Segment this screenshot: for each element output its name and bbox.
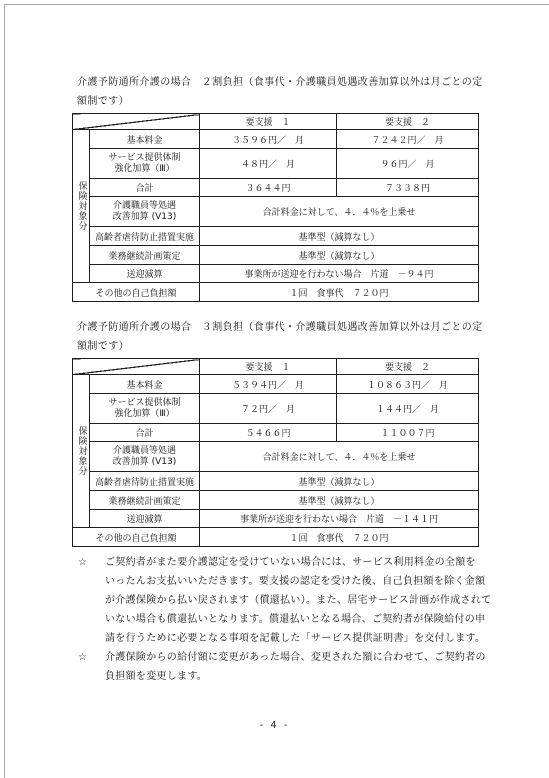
- row-label: 基本料金: [90, 130, 200, 149]
- table-row: 介護職員等処遇 改善加算 (V13) 合計料金に対して、４．４％を上乗せ: [73, 197, 479, 227]
- row-label-line2: 改善加算 (V13): [90, 212, 199, 223]
- table-row: 合計 ５４６６円 １１００７円: [73, 424, 479, 442]
- row-label: 合計: [90, 179, 200, 197]
- row-label: 送迎減算: [90, 265, 200, 283]
- page-number: - 4 -: [0, 720, 549, 731]
- fee-table-3wari: 要支援 １ 要支援 ２ 保険対象分 基本料金 ５３９４円／ 月 １０８６３円／ …: [72, 358, 479, 547]
- cell-value-span: 合計料金に対して、４．４％を上乗せ: [200, 197, 479, 227]
- table-row: 送迎減算 事業所が送迎を行わない場合 片道 －１４１円: [73, 510, 479, 528]
- cell-value: ４８円／ 月: [200, 149, 337, 179]
- side-label: 保険対象分: [74, 181, 89, 231]
- note-1-text: ご契約者がまた要介護認定を受けていない場合には、サービス利用料金の全額を いった…: [105, 553, 491, 648]
- table-row: 介護職員等処遇 改善加算 (V13) 合計料金に対して、４．４％を上乗せ: [73, 442, 479, 472]
- cell-value: ３５９６円／ 月: [200, 130, 337, 149]
- table2-title-line2: 額制です）: [77, 337, 483, 356]
- row-label-line2: 強化加算（Ⅲ）: [90, 409, 199, 420]
- cell-value: ９６円／ 月: [337, 149, 479, 179]
- table2-title-line1: 介護予防通所介護の場合 ３割負担（食事代・介護職員処遇改善加算以外は月ごとの定: [77, 318, 483, 337]
- note-line: が介護保険から払い戻されます（償還払い）。また、居宅サービス計画が作成されて: [105, 591, 491, 610]
- side-label: 保険対象分: [74, 426, 89, 476]
- table-row: 送迎減算 事業所が送迎を行わない場合 片道 －９４円: [73, 265, 479, 283]
- table-row: 合計 ３６４４円 ７３３８円: [73, 179, 479, 197]
- notes-section: ☆ ご契約者がまた要介護認定を受けていない場合には、サービス利用料金の全額を い…: [78, 553, 498, 686]
- row-label-line1: 介護職員等処遇: [90, 446, 199, 457]
- note-line: 請を行うために必要となる事項を記載した「サービス提供証明書」を交付します。: [105, 629, 491, 648]
- star-icon: ☆: [78, 553, 105, 648]
- side-label-cell: 保険対象分: [73, 130, 90, 283]
- cell-value: １４４円／ 月: [337, 394, 479, 424]
- table-row: その他の自己負担額 １回 食事代 ７２０円: [73, 528, 479, 547]
- table-row: 保険対象分 基本料金 ３５９６円／ 月 ７２４２円／ 月: [73, 130, 479, 149]
- table1-title-line1: 介護予防通所介護の場合 ２割負担（食事代・介護職員処遇改善加算以外は月ごとの定: [77, 73, 483, 92]
- cell-value-span: 事業所が送迎を行わない場合 片道 －１４１円: [200, 510, 479, 528]
- cell-value: １１００７円: [337, 424, 479, 442]
- document-page: 介護予防通所介護の場合 ２割負担（食事代・介護職員処遇改善加算以外は月ごとの定 …: [0, 0, 549, 778]
- cell-value: ７２円／ 月: [200, 394, 337, 424]
- row-label: 介護職員等処遇 改善加算 (V13): [90, 197, 200, 227]
- table1-title-line2: 額制です）: [77, 92, 483, 111]
- cell-value-span: １回 食事代 ７２０円: [200, 283, 479, 302]
- row-label: 業務継続計画策定: [90, 491, 200, 510]
- row-label-line2: 改善加算 (V13): [90, 457, 199, 468]
- row-label: サービス提供体制 強化加算（Ⅲ）: [90, 149, 200, 179]
- table-row: サービス提供体制 強化加算（Ⅲ） ４８円／ 月 ９６円／ 月: [73, 149, 479, 179]
- cell-value-span: 基準型（減算なし）: [200, 227, 479, 246]
- table-row: 要支援 １ 要支援 ２: [73, 114, 479, 130]
- table-row: サービス提供体制 強化加算（Ⅲ） ７２円／ 月 １４４円／ 月: [73, 394, 479, 424]
- table-row: 要支援 １ 要支援 ２: [73, 359, 479, 375]
- row-label: その他の自己負担額: [73, 528, 200, 547]
- diagonal-corner-cell: [73, 359, 200, 375]
- col-header-yoshien2: 要支援 ２: [337, 114, 479, 130]
- note-line: いったんお支払いいただきます。要支援の認定を受けた後、自己負担額を除く金額: [105, 572, 491, 591]
- cell-value: ３６４４円: [200, 179, 337, 197]
- row-label: 業務継続計画策定: [90, 246, 200, 265]
- row-label: 高齢者虐待防止措置実施: [90, 227, 200, 246]
- table-row: 高齢者虐待防止措置実施 基準型（減算なし）: [73, 227, 479, 246]
- cell-value-span: 基準型（減算なし）: [200, 472, 479, 491]
- col-header-yoshien1: 要支援 １: [200, 114, 337, 130]
- note-2: ☆ 介護保険からの給付額に変更があった場合、変更された額に合わせて、ご契約者の …: [78, 648, 498, 686]
- cell-value-span: １回 食事代 ７２０円: [200, 528, 479, 547]
- row-label-line2: 強化加算（Ⅲ）: [90, 164, 199, 175]
- cell-value: ７２４２円／ 月: [337, 130, 479, 149]
- table-row: 業務継続計画策定 基準型（減算なし）: [73, 246, 479, 265]
- note-line: 負担額を変更します。: [105, 667, 486, 686]
- row-label-line1: 介護職員等処遇: [90, 201, 199, 212]
- note-line: いない場合も償還払いとなります。償還払いとなる場合、ご契約者が保険給付の申: [105, 610, 491, 629]
- row-label: サービス提供体制 強化加算（Ⅲ）: [90, 394, 200, 424]
- table-row: その他の自己負担額 １回 食事代 ７２０円: [73, 283, 479, 302]
- row-label: 介護職員等処遇 改善加算 (V13): [90, 442, 200, 472]
- row-label-line1: サービス提供体制: [90, 398, 199, 409]
- cell-value-span: 合計料金に対して、４．４％を上乗せ: [200, 442, 479, 472]
- table-row: 高齢者虐待防止措置実施 基準型（減算なし）: [73, 472, 479, 491]
- row-label: 送迎減算: [90, 510, 200, 528]
- cell-value: ７３３８円: [337, 179, 479, 197]
- note-line: ご契約者がまた要介護認定を受けていない場合には、サービス利用料金の全額を: [105, 553, 491, 572]
- cell-value-span: 事業所が送迎を行わない場合 片道 －９４円: [200, 265, 479, 283]
- row-label: 基本料金: [90, 375, 200, 394]
- row-label: 合計: [90, 424, 200, 442]
- fee-table-2wari: 要支援 １ 要支援 ２ 保険対象分 基本料金 ３５９６円／ 月 ７２４２円／ 月…: [72, 113, 479, 302]
- row-label: その他の自己負担額: [73, 283, 200, 302]
- row-label: 高齢者虐待防止措置実施: [90, 472, 200, 491]
- col-header-yoshien1: 要支援 １: [200, 359, 337, 375]
- note-line: 介護保険からの給付額に変更があった場合、変更された額に合わせて、ご契約者の: [105, 648, 486, 667]
- side-label-cell: 保険対象分: [73, 375, 90, 528]
- table-row: 業務継続計画策定 基準型（減算なし）: [73, 491, 479, 510]
- table-row: 保険対象分 基本料金 ５３９４円／ 月 １０８６３円／ 月: [73, 375, 479, 394]
- cell-value: ５４６６円: [200, 424, 337, 442]
- cell-value: ５３９４円／ 月: [200, 375, 337, 394]
- diagonal-corner-cell: [73, 114, 200, 130]
- note-2-text: 介護保険からの給付額に変更があった場合、変更された額に合わせて、ご契約者の 負担…: [105, 648, 486, 686]
- col-header-yoshien2: 要支援 ２: [337, 359, 479, 375]
- table2-title: 介護予防通所介護の場合 ３割負担（食事代・介護職員処遇改善加算以外は月ごとの定 …: [77, 318, 483, 356]
- table1-title: 介護予防通所介護の場合 ２割負担（食事代・介護職員処遇改善加算以外は月ごとの定 …: [77, 73, 483, 111]
- cell-value: １０８６３円／ 月: [337, 375, 479, 394]
- note-1: ☆ ご契約者がまた要介護認定を受けていない場合には、サービス利用料金の全額を い…: [78, 553, 498, 648]
- cell-value-span: 基準型（減算なし）: [200, 491, 479, 510]
- cell-value-span: 基準型（減算なし）: [200, 246, 479, 265]
- star-icon: ☆: [78, 648, 105, 686]
- row-label-line1: サービス提供体制: [90, 153, 199, 164]
